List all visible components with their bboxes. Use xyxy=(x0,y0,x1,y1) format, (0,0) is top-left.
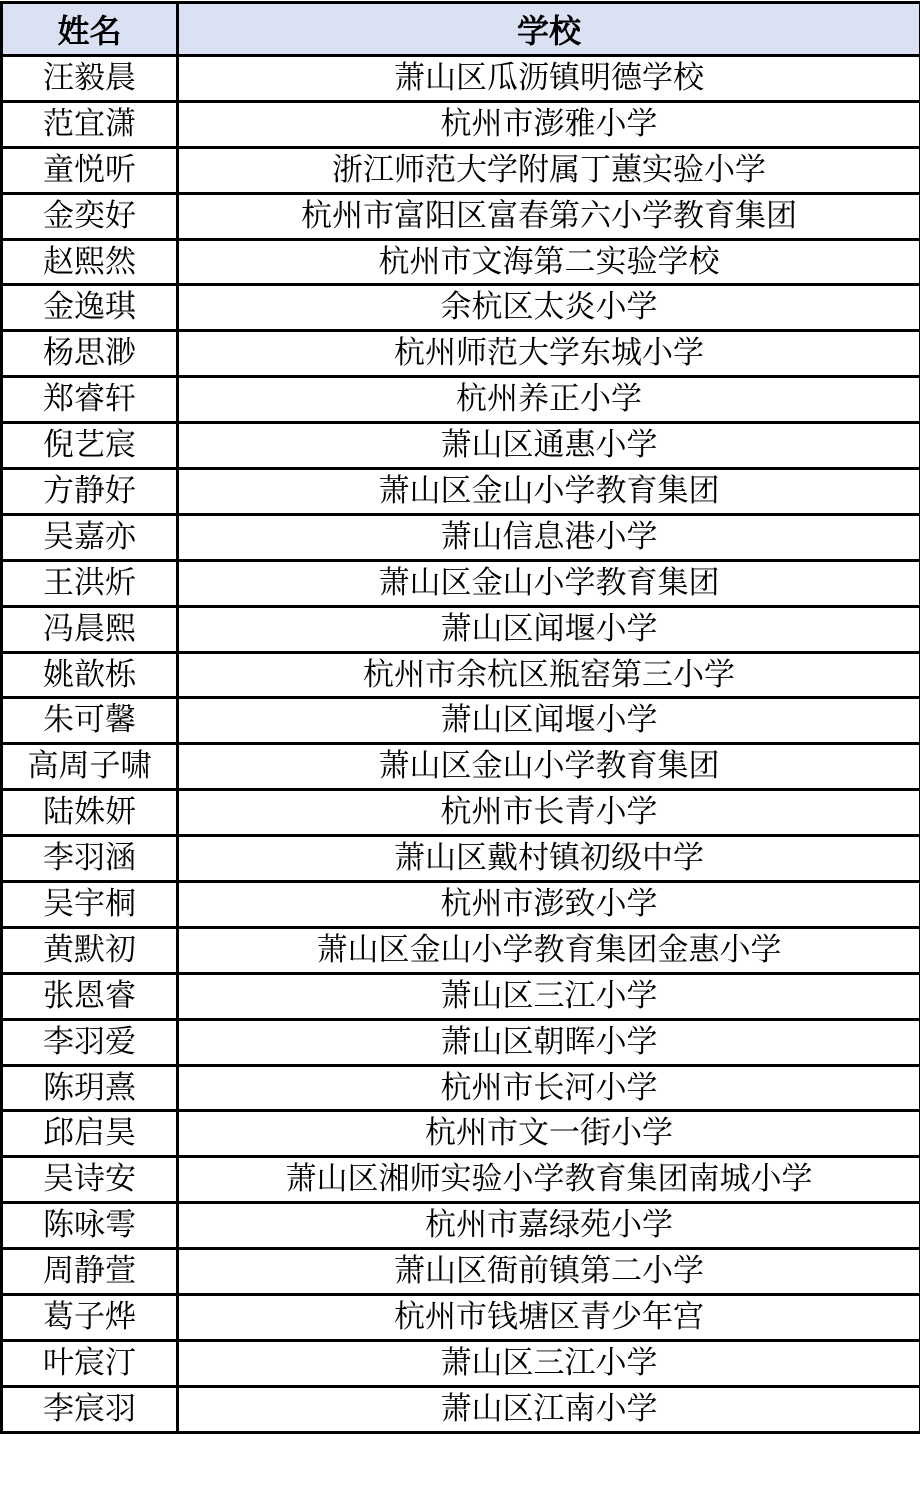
student-name-cell: 叶宸汀 xyxy=(2,1340,178,1386)
school-cell: 杭州市文海第二实验学校 xyxy=(178,239,920,285)
table-body: 汪毅晨萧山区瓜沥镇明德学校范宜潇杭州市澎雅小学童悦听浙江师范大学附属丁蕙实验小学… xyxy=(2,56,920,1433)
student-name-cell: 周静萱 xyxy=(2,1249,178,1295)
student-name-cell: 陈咏雩 xyxy=(2,1203,178,1249)
school-cell: 萧山区闻堰小学 xyxy=(178,606,920,652)
table-row: 郑睿轩杭州养正小学 xyxy=(2,377,920,423)
school-cell: 杭州市富阳区富春第六小学教育集团 xyxy=(178,193,920,239)
table-row: 李羽爱萧山区朝晖小学 xyxy=(2,1019,920,1065)
school-cell: 杭州市嘉绿苑小学 xyxy=(178,1203,920,1249)
table-row: 葛子烨杭州市钱塘区青少年宫 xyxy=(2,1295,920,1341)
student-name-cell: 范宜潇 xyxy=(2,101,178,147)
school-cell: 萧山区金山小学教育集团 xyxy=(178,560,920,606)
school-cell: 萧山区衙前镇第二小学 xyxy=(178,1249,920,1295)
table-row: 范宜潇杭州市澎雅小学 xyxy=(2,101,920,147)
school-cell: 杭州市长青小学 xyxy=(178,790,920,836)
student-name-cell: 吴宇桐 xyxy=(2,882,178,928)
student-name-cell: 陈玥熹 xyxy=(2,1065,178,1111)
table-row: 黄默初萧山区金山小学教育集团金惠小学 xyxy=(2,927,920,973)
student-name-cell: 高周子啸 xyxy=(2,744,178,790)
school-cell: 萧山区金山小学教育集团 xyxy=(178,469,920,515)
student-name-cell: 金逸琪 xyxy=(2,285,178,331)
table-row: 李羽涵萧山区戴村镇初级中学 xyxy=(2,836,920,882)
student-school-table: 姓名 学校 汪毅晨萧山区瓜沥镇明德学校范宜潇杭州市澎雅小学童悦听浙江师范大学附属… xyxy=(0,1,920,1434)
student-name-cell: 邱启昊 xyxy=(2,1111,178,1157)
header-name: 姓名 xyxy=(2,3,178,56)
school-cell: 萧山区戴村镇初级中学 xyxy=(178,836,920,882)
student-name-cell: 冯晨熙 xyxy=(2,606,178,652)
school-cell: 萧山区金山小学教育集团金惠小学 xyxy=(178,927,920,973)
school-cell: 杭州市澎致小学 xyxy=(178,882,920,928)
student-name-cell: 金奕好 xyxy=(2,193,178,239)
student-name-cell: 陆姝妍 xyxy=(2,790,178,836)
school-cell: 萧山区闻堰小学 xyxy=(178,698,920,744)
table-row: 金奕好杭州市富阳区富春第六小学教育集团 xyxy=(2,193,920,239)
table-row: 邱启昊杭州市文一街小学 xyxy=(2,1111,920,1157)
student-name-cell: 方静好 xyxy=(2,469,178,515)
table-row: 童悦听浙江师范大学附属丁蕙实验小学 xyxy=(2,147,920,193)
school-cell: 浙江师范大学附属丁蕙实验小学 xyxy=(178,147,920,193)
school-cell: 萧山区三江小学 xyxy=(178,973,920,1019)
table-row: 陈玥熹杭州市长河小学 xyxy=(2,1065,920,1111)
table-row: 李宸羽萧山区江南小学 xyxy=(2,1386,920,1432)
school-cell: 杭州市澎雅小学 xyxy=(178,101,920,147)
table-row: 叶宸汀萧山区三江小学 xyxy=(2,1340,920,1386)
header-row: 姓名 学校 xyxy=(2,3,920,56)
header-school: 学校 xyxy=(178,3,920,56)
table-row: 高周子啸萧山区金山小学教育集团 xyxy=(2,744,920,790)
student-name-cell: 李羽涵 xyxy=(2,836,178,882)
table-row: 吴嘉亦萧山信息港小学 xyxy=(2,514,920,560)
school-cell: 杭州市长河小学 xyxy=(178,1065,920,1111)
school-cell: 杭州师范大学东城小学 xyxy=(178,331,920,377)
table-row: 陆姝妍杭州市长青小学 xyxy=(2,790,920,836)
school-cell: 萧山区三江小学 xyxy=(178,1340,920,1386)
table-row: 冯晨熙萧山区闻堰小学 xyxy=(2,606,920,652)
school-cell: 杭州养正小学 xyxy=(178,377,920,423)
student-name-cell: 黄默初 xyxy=(2,927,178,973)
school-cell: 萧山信息港小学 xyxy=(178,514,920,560)
student-name-cell: 朱可馨 xyxy=(2,698,178,744)
school-cell: 余杭区太炎小学 xyxy=(178,285,920,331)
school-cell: 萧山区湘师实验小学教育集团南城小学 xyxy=(178,1157,920,1203)
table-row: 陈咏雩杭州市嘉绿苑小学 xyxy=(2,1203,920,1249)
school-cell: 萧山区金山小学教育集团 xyxy=(178,744,920,790)
table-row: 张恩睿萧山区三江小学 xyxy=(2,973,920,1019)
student-name-cell: 李羽爱 xyxy=(2,1019,178,1065)
school-cell: 杭州市钱塘区青少年宫 xyxy=(178,1295,920,1341)
table-row: 周静萱萧山区衙前镇第二小学 xyxy=(2,1249,920,1295)
table-row: 朱可馨萧山区闻堰小学 xyxy=(2,698,920,744)
student-name-cell: 王洪炘 xyxy=(2,560,178,606)
student-name-cell: 童悦听 xyxy=(2,147,178,193)
school-cell: 萧山区通惠小学 xyxy=(178,423,920,469)
student-name-cell: 姚歆栎 xyxy=(2,652,178,698)
school-cell: 萧山区瓜沥镇明德学校 xyxy=(178,56,920,102)
student-name-cell: 吴诗安 xyxy=(2,1157,178,1203)
table-row: 王洪炘萧山区金山小学教育集团 xyxy=(2,560,920,606)
table-row: 杨思渺杭州师范大学东城小学 xyxy=(2,331,920,377)
table-row: 汪毅晨萧山区瓜沥镇明德学校 xyxy=(2,56,920,102)
table-row: 吴诗安萧山区湘师实验小学教育集团南城小学 xyxy=(2,1157,920,1203)
school-cell: 杭州市文一街小学 xyxy=(178,1111,920,1157)
table-row: 金逸琪余杭区太炎小学 xyxy=(2,285,920,331)
student-name-cell: 倪艺宸 xyxy=(2,423,178,469)
table-row: 姚歆栎杭州市余杭区瓶窑第三小学 xyxy=(2,652,920,698)
student-name-cell: 李宸羽 xyxy=(2,1386,178,1432)
school-cell: 萧山区江南小学 xyxy=(178,1386,920,1432)
student-name-cell: 杨思渺 xyxy=(2,331,178,377)
student-name-cell: 郑睿轩 xyxy=(2,377,178,423)
school-cell: 杭州市余杭区瓶窑第三小学 xyxy=(178,652,920,698)
student-name-cell: 汪毅晨 xyxy=(2,56,178,102)
student-name-cell: 张恩睿 xyxy=(2,973,178,1019)
table-row: 吴宇桐杭州市澎致小学 xyxy=(2,882,920,928)
school-cell: 萧山区朝晖小学 xyxy=(178,1019,920,1065)
table-row: 赵熙然杭州市文海第二实验学校 xyxy=(2,239,920,285)
table-row: 方静好萧山区金山小学教育集团 xyxy=(2,469,920,515)
table-row: 倪艺宸萧山区通惠小学 xyxy=(2,423,920,469)
student-name-cell: 吴嘉亦 xyxy=(2,514,178,560)
student-name-cell: 葛子烨 xyxy=(2,1295,178,1341)
student-name-cell: 赵熙然 xyxy=(2,239,178,285)
